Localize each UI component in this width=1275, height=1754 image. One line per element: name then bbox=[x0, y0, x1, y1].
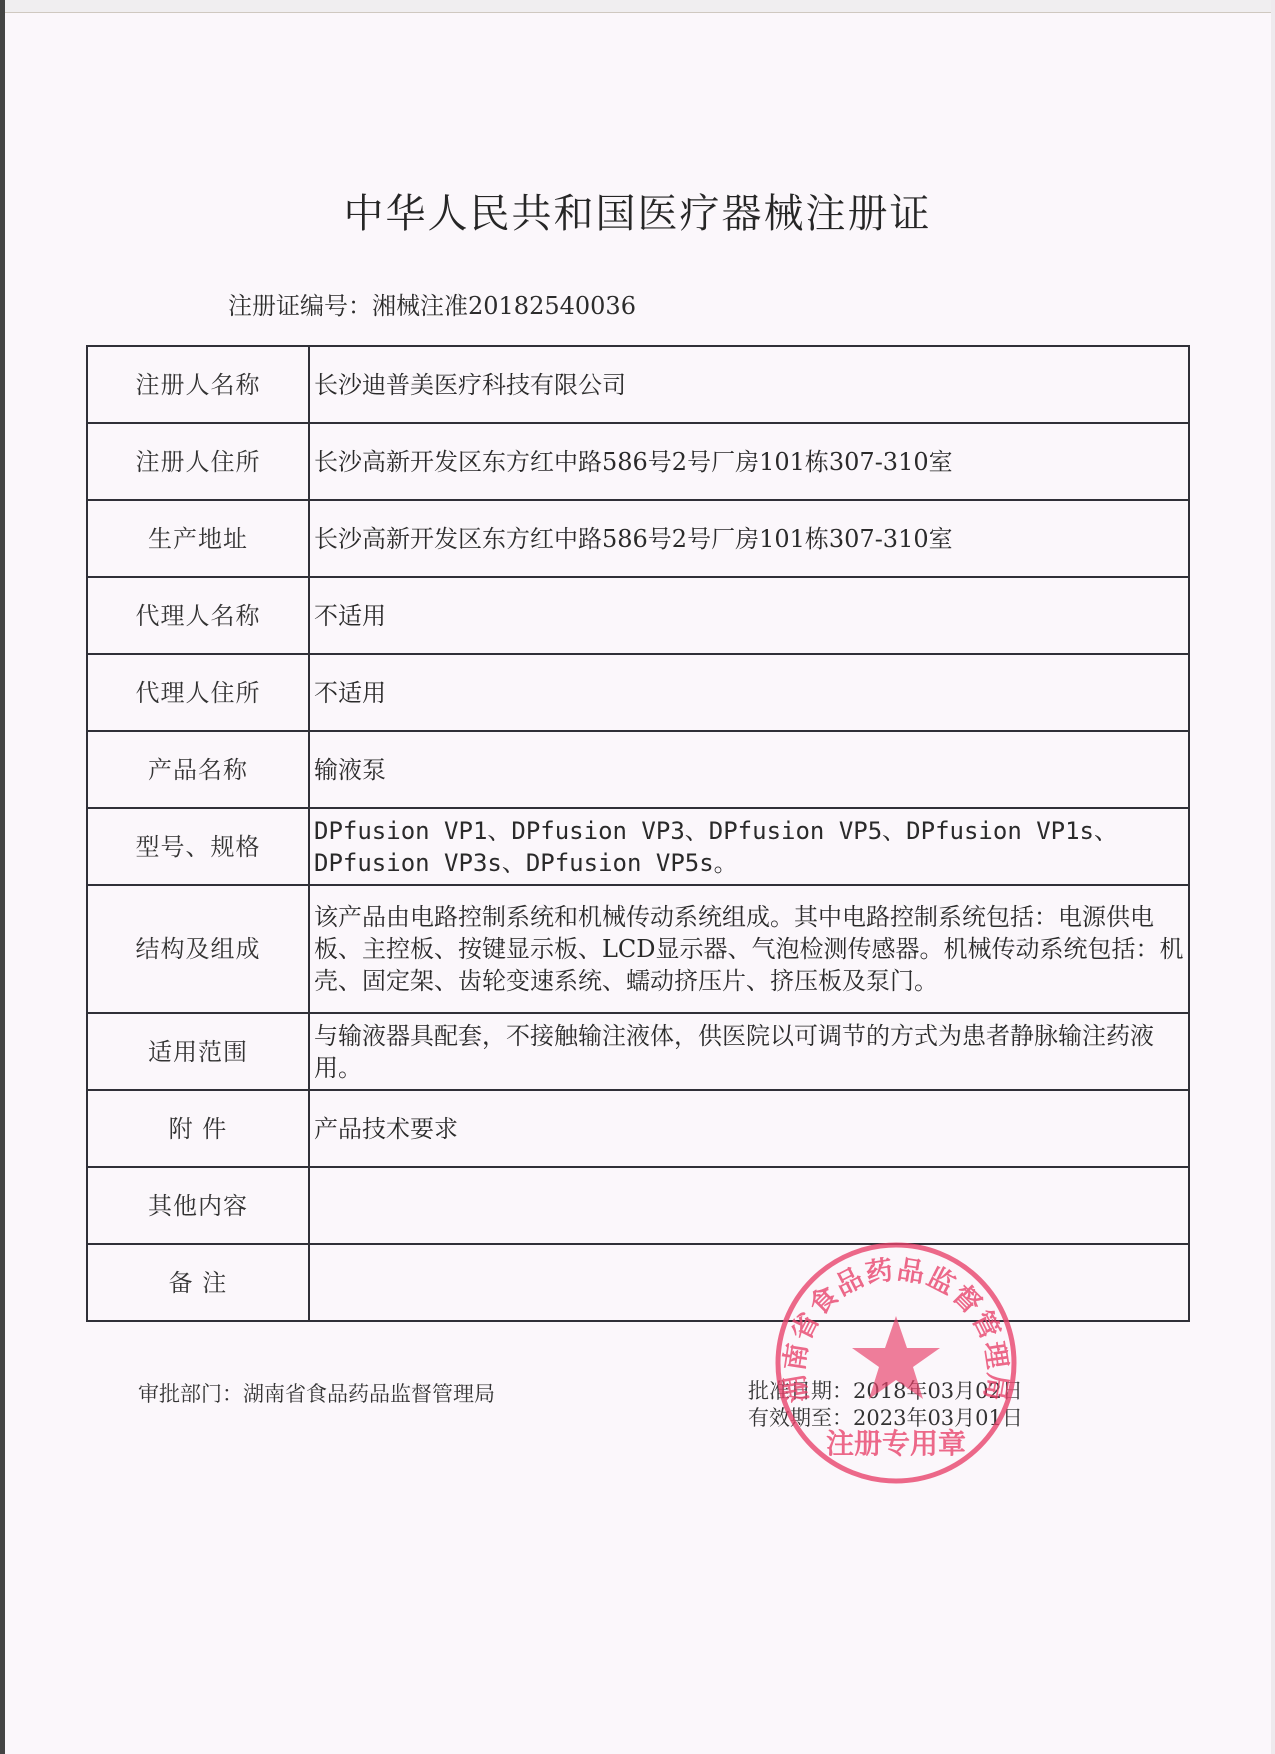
row-label: 代理人名称 bbox=[87, 577, 309, 654]
valid-until-value: 2023年03月01日 bbox=[853, 1406, 1023, 1430]
table-row: 产品名称 输液泵 bbox=[87, 731, 1189, 808]
approval-dates: 批准日期：2018年03月02日 有效期至：2023年03月01日 bbox=[748, 1378, 1023, 1432]
row-label: 其他内容 bbox=[87, 1167, 309, 1244]
row-value bbox=[309, 1167, 1189, 1244]
table-row: 备 注 bbox=[87, 1244, 1189, 1321]
approval-date: 批准日期：2018年03月02日 bbox=[748, 1378, 1023, 1405]
row-value: 不适用 bbox=[309, 577, 1189, 654]
table-row: 型号、规格 DPfusion VP1、DPfusion VP3、DPfusion… bbox=[87, 808, 1189, 885]
row-value: 输液泵 bbox=[309, 731, 1189, 808]
registration-number: 注册证编号：湘械注准20182540036 bbox=[228, 286, 636, 321]
certificate-title: 中华人民共和国医疗器械注册证 bbox=[0, 182, 1275, 239]
approval-date-label: 批准日期： bbox=[748, 1379, 853, 1403]
row-value: 该产品由电路控制系统和机械传动系统组成。其中电路控制系统包括：电源供电板、主控板… bbox=[309, 885, 1189, 1013]
scan-edge-right bbox=[1271, 0, 1275, 1754]
table-row: 附 件 产品技术要求 bbox=[87, 1090, 1189, 1167]
registration-number-label: 注册证编号： bbox=[228, 292, 372, 320]
row-label: 代理人住所 bbox=[87, 654, 309, 731]
table-row: 其他内容 bbox=[87, 1167, 1189, 1244]
row-label: 生产地址 bbox=[87, 500, 309, 577]
row-value: 与输液器具配套，不接触输注液体，供医院以可调节的方式为患者静脉输注药液用。 bbox=[309, 1013, 1189, 1090]
valid-until: 有效期至：2023年03月01日 bbox=[748, 1405, 1023, 1432]
row-label: 附 件 bbox=[87, 1090, 309, 1167]
table-row: 结构及组成 该产品由电路控制系统和机械传动系统组成。其中电路控制系统包括：电源供… bbox=[87, 885, 1189, 1013]
row-value bbox=[309, 1244, 1189, 1321]
row-value: DPfusion VP1、DPfusion VP3、DPfusion VP5、D… bbox=[309, 808, 1189, 885]
table-row: 适用范围 与输液器具配套，不接触输注液体，供医院以可调节的方式为患者静脉输注药液… bbox=[87, 1013, 1189, 1090]
table-row: 代理人名称 不适用 bbox=[87, 577, 1189, 654]
row-label: 适用范围 bbox=[87, 1013, 309, 1090]
certificate-table: 注册人名称 长沙迪普美医疗科技有限公司 注册人住所 长沙高新开发区东方红中路58… bbox=[86, 345, 1190, 1322]
row-value: 产品技术要求 bbox=[309, 1090, 1189, 1167]
table-row: 注册人名称 长沙迪普美医疗科技有限公司 bbox=[87, 346, 1189, 423]
approval-date-value: 2018年03月02日 bbox=[853, 1379, 1023, 1403]
table-row: 生产地址 长沙高新开发区东方红中路586号2号厂房101栋307-310室 bbox=[87, 500, 1189, 577]
approval-department: 审批部门：湖南省食品药品监督管理局 bbox=[138, 1378, 495, 1408]
row-label: 结构及组成 bbox=[87, 885, 309, 1013]
row-label: 注册人名称 bbox=[87, 346, 309, 423]
valid-until-label: 有效期至： bbox=[748, 1406, 853, 1430]
approval-department-value: 湖南省食品药品监督管理局 bbox=[243, 1382, 495, 1406]
row-value: 长沙高新开发区东方红中路586号2号厂房101栋307-310室 bbox=[309, 423, 1189, 500]
scan-edge-left bbox=[0, 0, 5, 1754]
row-value: 长沙高新开发区东方红中路586号2号厂房101栋307-310室 bbox=[309, 500, 1189, 577]
registration-number-value: 湘械注准20182540036 bbox=[372, 292, 636, 320]
scan-edge-top bbox=[5, 0, 1275, 13]
row-label: 产品名称 bbox=[87, 731, 309, 808]
row-value: 不适用 bbox=[309, 654, 1189, 731]
row-label: 备 注 bbox=[87, 1244, 309, 1321]
row-label: 注册人住所 bbox=[87, 423, 309, 500]
row-label: 型号、规格 bbox=[87, 808, 309, 885]
approval-department-label: 审批部门： bbox=[138, 1382, 243, 1406]
table-row: 代理人住所 不适用 bbox=[87, 654, 1189, 731]
row-value: 长沙迪普美医疗科技有限公司 bbox=[309, 346, 1189, 423]
table-row: 注册人住所 长沙高新开发区东方红中路586号2号厂房101栋307-310室 bbox=[87, 423, 1189, 500]
